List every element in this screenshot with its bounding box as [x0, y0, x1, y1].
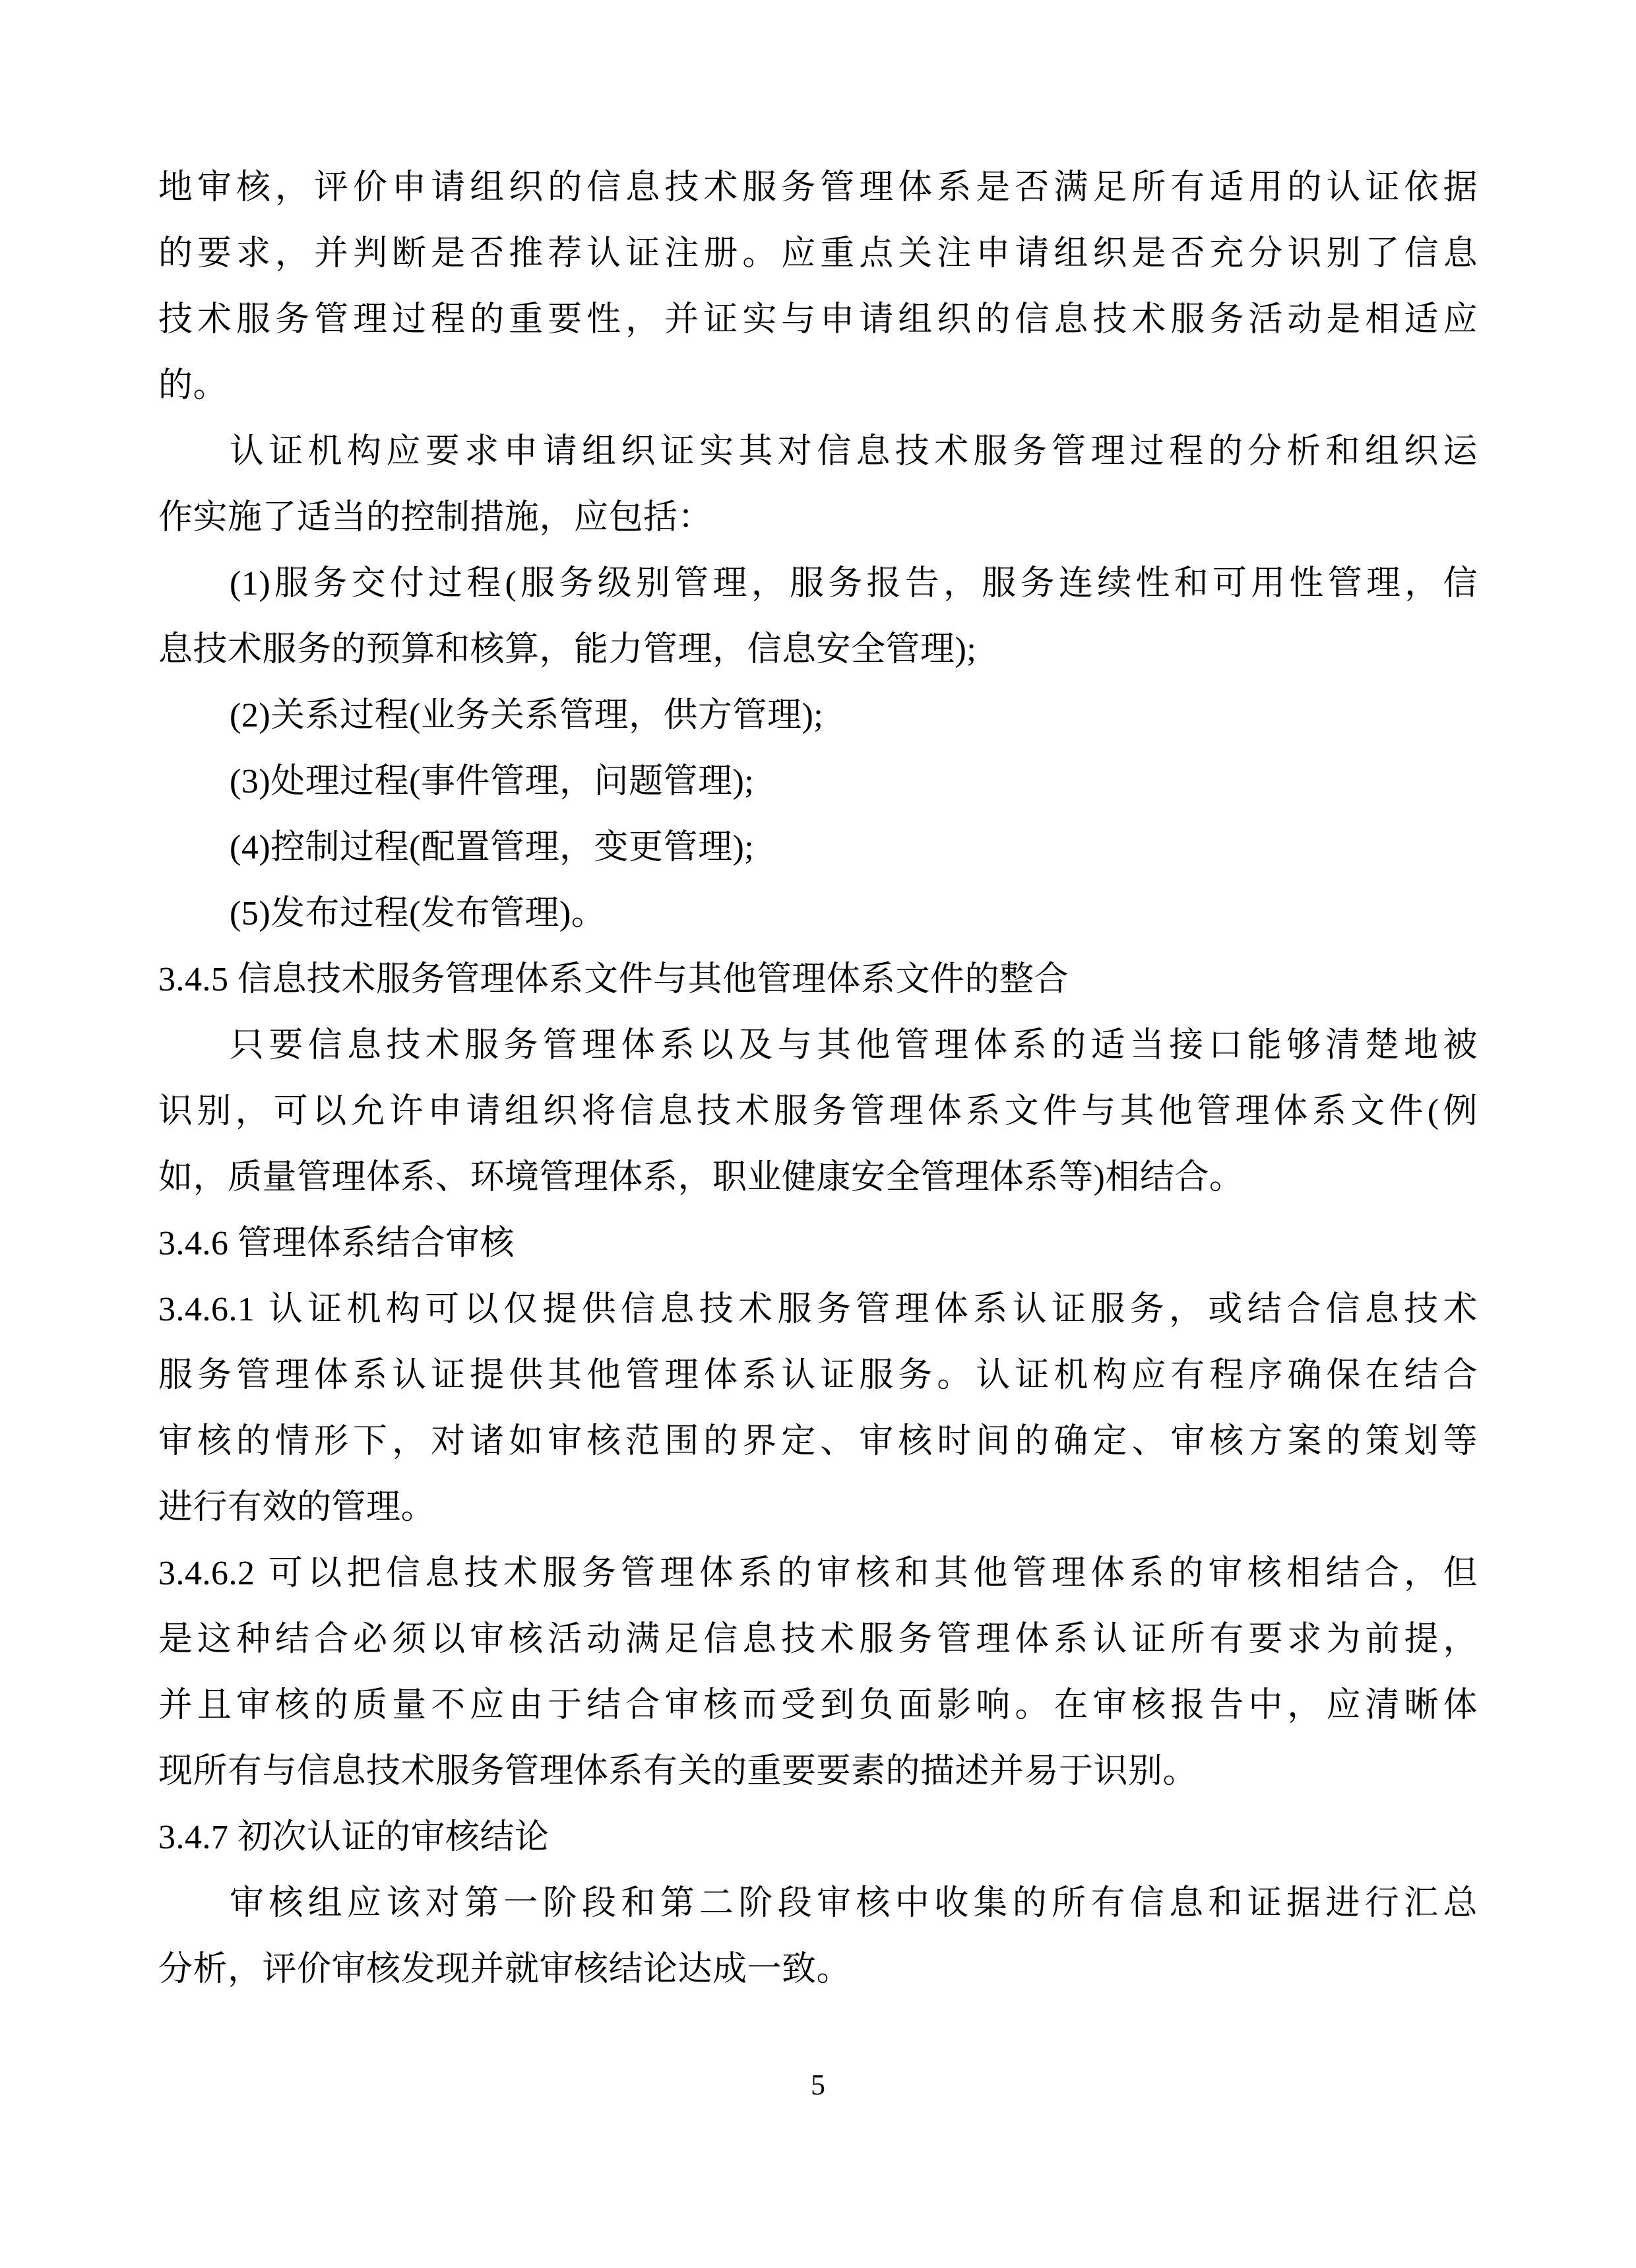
text-line: 3.4.6.2 可以把信息技术服务管理体系的审核和其他管理体系的审核相结合，但	[158, 1541, 1478, 1607]
page-footer: 5	[0, 2065, 1636, 2105]
text-line: 如，质量管理体系、环境管理体系，职业健康安全管理体系等)相结合。	[158, 1145, 1478, 1211]
text-line: (5)发布过程(发布管理)。	[158, 881, 1478, 947]
section-heading: 3.4.5 信息技术服务管理体系文件与其他管理体系文件的整合	[158, 947, 1478, 1013]
text-line: 识别，可以允许申请组织将信息技术服务管理体系文件与其他管理体系文件(例	[158, 1079, 1478, 1145]
text-line: 的要求，并判断是否推荐认证注册。应重点关注申请组织是否充分识别了信息	[158, 221, 1478, 287]
text-line: 进行有效的管理。	[158, 1475, 1478, 1541]
text-line: (3)处理过程(事件管理，问题管理);	[158, 749, 1478, 815]
page-number: 5	[811, 2069, 825, 2101]
text-line: 并且审核的质量不应由于结合审核而受到负面影响。在审核报告中，应清晰体	[158, 1673, 1478, 1739]
text-line: 现所有与信息技术服务管理体系有关的重要要素的描述并易于识别。	[158, 1739, 1478, 1805]
text-line: 审核的情形下，对诸如审核范围的界定、审核时间的确定、审核方案的策划等	[158, 1409, 1478, 1475]
document-body: 地审核，评价申请组织的信息技术服务管理体系是否满足所有适用的认证依据的要求，并判…	[158, 155, 1478, 2003]
text-line: 3.4.6.1 认证机构可以仅提供信息技术服务管理体系认证服务，或结合信息技术	[158, 1277, 1478, 1343]
text-line: (2)关系过程(业务关系管理，供方管理);	[158, 683, 1478, 749]
text-line: 审核组应该对第一阶段和第二阶段审核中收集的所有信息和证据进行汇总	[158, 1871, 1478, 1937]
text-line: 技术服务管理过程的重要性，并证实与申请组织的信息技术服务活动是相适应	[158, 287, 1478, 353]
text-line: 息技术服务的预算和核算，能力管理，信息安全管理);	[158, 617, 1478, 683]
text-line: 是这种结合必须以审核活动满足信息技术服务管理体系认证所有要求为前提，	[158, 1607, 1478, 1673]
text-line: 分析，评价审核发现并就审核结论达成一致。	[158, 1937, 1478, 2003]
document-page: 地审核，评价申请组织的信息技术服务管理体系是否满足所有适用的认证依据的要求，并判…	[0, 0, 1636, 2268]
text-line: 服务管理体系认证提供其他管理体系认证服务。认证机构应有程序确保在结合	[158, 1343, 1478, 1409]
text-line: 地审核，评价申请组织的信息技术服务管理体系是否满足所有适用的认证依据	[158, 155, 1478, 221]
text-line: 只要信息技术服务管理体系以及与其他管理体系的适当接口能够清楚地被	[158, 1013, 1478, 1079]
text-line: 认证机构应要求申请组织证实其对信息技术服务管理过程的分析和组织运	[158, 419, 1478, 485]
text-line: (4)控制过程(配置管理，变更管理);	[158, 815, 1478, 881]
text-line: 作实施了适当的控制措施，应包括：	[158, 485, 1478, 551]
section-heading: 3.4.6 管理体系结合审核	[158, 1211, 1478, 1277]
text-line: 的。	[158, 353, 1478, 419]
section-heading: 3.4.7 初次认证的审核结论	[158, 1805, 1478, 1871]
text-line: (1)服务交付过程(服务级别管理，服务报告，服务连续性和可用性管理，信	[158, 551, 1478, 617]
